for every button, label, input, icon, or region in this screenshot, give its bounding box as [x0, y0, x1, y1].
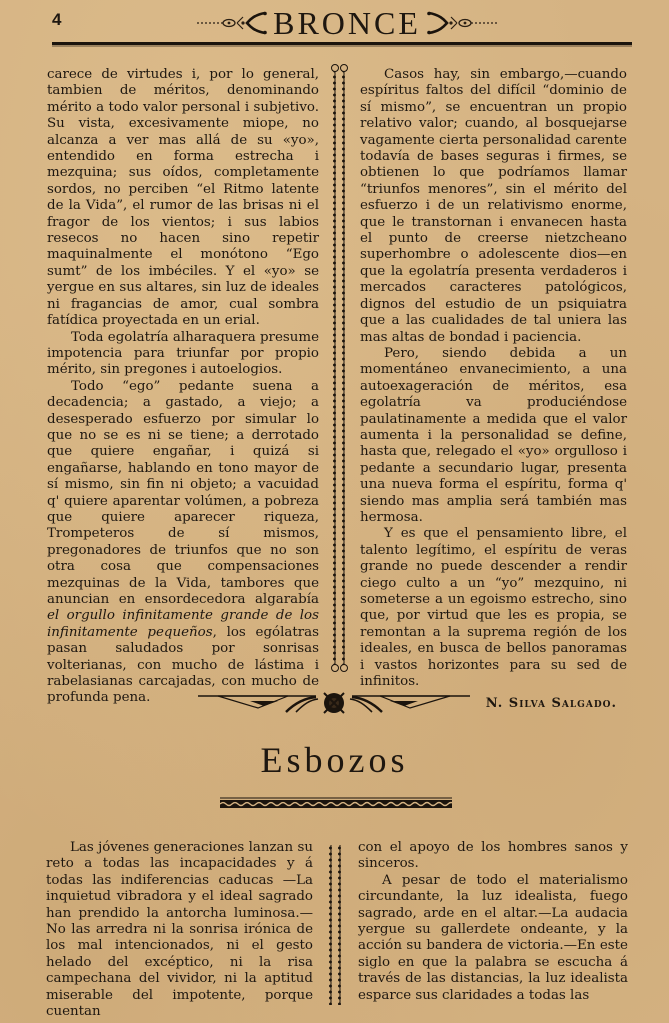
divider-cap-icon — [340, 64, 348, 72]
masthead-title-group: BRONCE — [147, 8, 547, 38]
masthead-title: BRONCE — [273, 7, 421, 39]
right-flourish-icon — [427, 11, 497, 35]
dotted-rail — [342, 68, 345, 668]
decorative-ornament-icon — [198, 690, 470, 720]
column-divider — [333, 68, 345, 668]
paragraph-text: Todo “ego” pedante suena a decadencia; a… — [47, 379, 319, 607]
article-1-left-column: carece de virtudes i, por lo general, ta… — [47, 67, 319, 707]
paragraph: carece de virtudes i, por lo general, ta… — [47, 67, 319, 330]
left-flourish-icon — [197, 11, 267, 35]
newspaper-page: 4 BRONCE — [0, 0, 669, 1023]
article-1-right-column: Casos hay, sin embargo,—cuando espíritus… — [360, 67, 627, 713]
paragraph: Las jóvenes generaciones lanzan su reto … — [46, 840, 313, 1020]
signature-text: N. Silva Salgado. — [486, 696, 617, 711]
paragraph: Pero, siendo debida a un momentáneo enva… — [360, 346, 627, 526]
article-2-left-column: Las jóvenes generaciones lanzan su reto … — [46, 840, 313, 1020]
divider-cap-icon — [331, 64, 339, 72]
column-divider — [329, 845, 341, 1005]
paragraph: con el apoyo de los hombres sanos y sinc… — [358, 840, 628, 873]
wave-rule-icon — [220, 797, 452, 809]
dotted-rail — [329, 845, 332, 1005]
masthead: 4 BRONCE — [52, 6, 632, 46]
masthead-rule — [52, 42, 632, 45]
paragraph: Todo “ego” pedante suena a decadencia; a… — [47, 379, 319, 707]
section-title: Esbozos — [0, 742, 669, 778]
paragraph: Y es que el pensamiento libre, el talent… — [360, 526, 627, 690]
paragraph: Toda egolatría alharaquera presume impot… — [47, 330, 319, 379]
dotted-rail — [338, 845, 341, 1005]
divider-cap-icon — [331, 664, 339, 672]
article-2-right-column: con el apoyo de los hombres sanos y sinc… — [358, 840, 628, 1004]
divider-cap-icon — [340, 664, 348, 672]
page-number: 4 — [52, 10, 61, 30]
paragraph: A pesar de todo el materialismo circunda… — [358, 873, 628, 1004]
paragraph: Casos hay, sin embargo,—cuando espíritus… — [360, 67, 627, 346]
dotted-rail — [333, 68, 336, 668]
